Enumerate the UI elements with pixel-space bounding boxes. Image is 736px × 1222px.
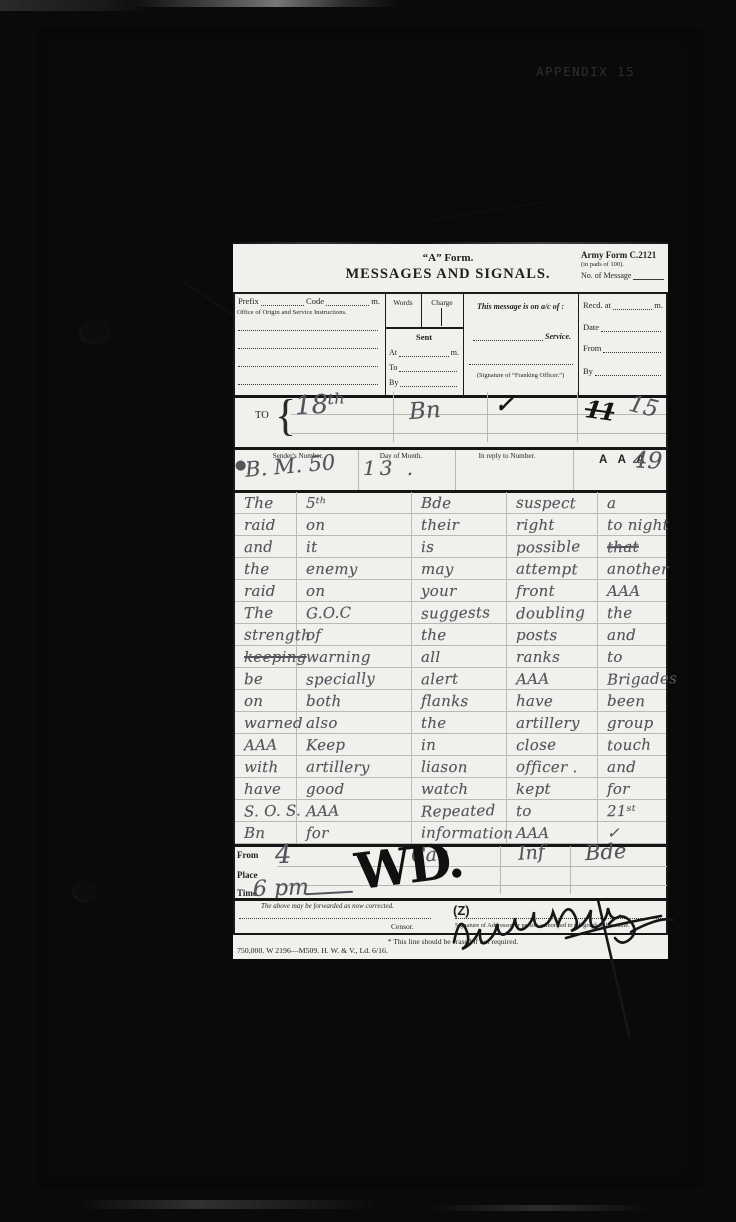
message-cell: attempt bbox=[507, 558, 598, 579]
message-word-handwriting: attempt bbox=[516, 559, 578, 578]
writing-line bbox=[277, 866, 667, 867]
writing-line bbox=[573, 450, 574, 490]
message-word-handwriting: strength bbox=[244, 625, 311, 644]
message-row: bespeciallyalertAAABrigades bbox=[235, 668, 666, 690]
army-form-number: Army Form C.2121 bbox=[581, 250, 671, 260]
forwarded-note: The above may be forwarded as now correc… bbox=[261, 902, 394, 910]
dotted-line bbox=[601, 324, 661, 332]
message-word-handwriting: flanks bbox=[421, 691, 469, 709]
message-row: keepingwarningallranksto bbox=[235, 646, 666, 668]
message-word-handwriting: and bbox=[607, 757, 636, 775]
writing-line bbox=[358, 450, 359, 490]
dotted-line bbox=[613, 302, 652, 310]
message-word-handwriting: in bbox=[421, 735, 436, 753]
message-cell: AAA bbox=[297, 800, 412, 821]
no-of-message: No. of Message bbox=[581, 271, 666, 280]
franking-officer-label: (Signature of “Franking Officer.”) bbox=[464, 372, 577, 379]
message-word-handwriting: watch bbox=[421, 780, 468, 798]
message-row: TheG.O.Csuggestsdoublingthe bbox=[235, 602, 666, 624]
message-cell: to bbox=[507, 800, 598, 821]
from-row-label: From bbox=[237, 850, 258, 860]
paper-sheet: APPENDIX 15 “A” Form. MESSAGES AND SIGNA… bbox=[36, 28, 702, 1188]
form-title: MESSAGES AND SIGNALS. bbox=[318, 266, 578, 283]
message-cell: specially bbox=[297, 668, 412, 689]
message-cell: liason bbox=[412, 756, 507, 777]
message-cell: have bbox=[235, 778, 297, 799]
sent-to-line: To bbox=[389, 363, 459, 372]
message-row: theenemymayattemptanother bbox=[235, 558, 666, 580]
message-word-handwriting: the bbox=[244, 559, 270, 577]
message-word-handwriting: good bbox=[306, 780, 344, 798]
message-word-handwriting: S. O. S. bbox=[244, 801, 302, 820]
message-word-handwriting: and bbox=[244, 537, 273, 556]
message-word-handwriting: is bbox=[421, 537, 434, 555]
message-cell: The bbox=[235, 492, 297, 513]
message-cell: artillery bbox=[297, 756, 412, 777]
from-line: From bbox=[583, 343, 663, 353]
message-word-handwriting: raid bbox=[244, 516, 276, 534]
charge-tick bbox=[441, 308, 442, 326]
message-cell: officer . bbox=[507, 756, 598, 777]
message-cell: raid bbox=[235, 514, 297, 535]
message-cell: possible bbox=[507, 536, 598, 557]
dotted-line bbox=[238, 348, 378, 349]
message-cell: Repeated bbox=[412, 800, 507, 821]
message-word-handwriting: 5ᵗʰ bbox=[306, 493, 327, 511]
message-row: onbothflankshavebeen bbox=[235, 690, 666, 712]
message-cell: 5ᵗʰ bbox=[297, 492, 412, 513]
message-cell: the bbox=[235, 558, 297, 579]
message-row: havegoodwatchkeptfor bbox=[235, 778, 666, 800]
message-word-handwriting: artillery bbox=[516, 714, 580, 732]
message-cell: to bbox=[598, 646, 666, 667]
message-cell: touch bbox=[598, 734, 666, 755]
message-cell: right bbox=[507, 514, 598, 535]
dotted-line bbox=[399, 364, 457, 372]
scan-streak bbox=[78, 1200, 378, 1209]
message-cell: posts bbox=[507, 624, 598, 645]
scan-streak bbox=[430, 1205, 650, 1211]
office-of-origin-label: Office of Origin and Service Instruction… bbox=[237, 309, 383, 316]
message-word-handwriting: Brigades bbox=[607, 669, 677, 688]
message-cell: and bbox=[235, 536, 297, 557]
dotted-line bbox=[400, 379, 457, 387]
by-label: By bbox=[389, 378, 398, 387]
message-cell: also bbox=[297, 712, 412, 733]
writing-line bbox=[487, 392, 488, 442]
message-cell: warned bbox=[235, 712, 297, 733]
message-word-handwriting: be bbox=[244, 669, 263, 687]
message-word-handwriting: warned bbox=[244, 714, 303, 732]
message-word-handwriting: AAA bbox=[516, 669, 550, 688]
punch-hole bbox=[80, 315, 112, 344]
service-line: Service. bbox=[471, 332, 571, 341]
message-cell: ranks bbox=[507, 646, 598, 667]
message-word-handwriting: on bbox=[306, 516, 325, 534]
message-cell: The bbox=[235, 602, 297, 623]
signature-addressor-label: Signature of Addressor or person authori… bbox=[455, 922, 667, 929]
from-bde-handwriting: Bde bbox=[584, 839, 627, 865]
message-word-handwriting: also bbox=[306, 714, 338, 732]
message-cell: a bbox=[598, 492, 666, 513]
message-cell: may bbox=[412, 558, 507, 579]
message-word-handwriting: have bbox=[516, 691, 553, 709]
from-brigade-number-handwriting: 4 bbox=[274, 840, 292, 871]
message-word-handwriting: Bn bbox=[244, 823, 265, 841]
message-cell: another bbox=[598, 558, 666, 579]
message-cell: be bbox=[235, 668, 297, 689]
recd-at-label: Recd. at bbox=[583, 300, 611, 310]
date-line: Date bbox=[583, 322, 663, 332]
message-word-handwriting: it bbox=[306, 537, 318, 555]
checkmark: ✓ bbox=[495, 392, 513, 418]
date-label: Date bbox=[583, 322, 599, 332]
message-cell: strength bbox=[235, 624, 297, 645]
writing-line bbox=[577, 392, 578, 442]
rule bbox=[233, 898, 668, 901]
printer-imprint: 750,000. W 2196—M509. H. W. & V., Ld. 6/… bbox=[237, 946, 388, 955]
message-word-handwriting: to bbox=[516, 801, 532, 819]
message-cell: to night bbox=[598, 514, 666, 535]
from-inf-handwriting: Inf bbox=[517, 841, 545, 865]
message-word-handwriting: liason bbox=[421, 757, 468, 775]
service-label: Service. bbox=[545, 332, 571, 341]
no-of-message-label: No. of Message bbox=[581, 271, 631, 280]
message-cell: watch bbox=[412, 778, 507, 799]
m-label: m. bbox=[451, 348, 459, 357]
message-cell: AAA bbox=[598, 580, 666, 601]
message-word-handwriting: The bbox=[244, 493, 274, 511]
message-word-handwriting: AAA bbox=[306, 801, 340, 820]
message-word-handwriting: ranks bbox=[516, 648, 560, 666]
message-cell: doubling bbox=[507, 602, 598, 623]
message-row: raidontheirrightto night bbox=[235, 514, 666, 536]
message-word-handwriting: all bbox=[421, 648, 440, 666]
message-cell: it bbox=[297, 536, 412, 557]
message-cell: Brigades bbox=[598, 668, 666, 689]
message-word-handwriting: suspect bbox=[516, 493, 576, 512]
message-cell: all bbox=[412, 646, 507, 667]
message-cell: their bbox=[412, 514, 507, 535]
pencil-streak bbox=[456, 217, 606, 232]
message-word-handwriting: both bbox=[306, 691, 342, 709]
table-divider bbox=[578, 294, 579, 395]
message-cell: on bbox=[297, 514, 412, 535]
message-number-handwriting: 49 bbox=[632, 447, 663, 474]
message-cell: on bbox=[297, 580, 412, 601]
writing-line bbox=[393, 392, 394, 442]
message-cell: group bbox=[598, 712, 666, 733]
recd-line: Recd. at m. bbox=[583, 300, 663, 310]
message-cell: 21ˢᵗ bbox=[598, 800, 666, 821]
message-word-handwriting: their bbox=[421, 516, 459, 534]
message-word-handwriting: kept bbox=[516, 780, 551, 798]
message-word-handwriting: been bbox=[607, 691, 645, 709]
message-word-handwriting: of bbox=[306, 625, 321, 643]
message-word-handwriting: raid bbox=[244, 582, 276, 600]
dotted-line bbox=[238, 366, 378, 367]
z-mark: (Z) bbox=[453, 903, 470, 918]
message-cell: AAA bbox=[507, 668, 598, 689]
message-row: AAAKeepinclosetouch bbox=[235, 734, 666, 756]
pencil-streak bbox=[429, 201, 548, 222]
message-cell: Keep bbox=[297, 734, 412, 755]
appendix-label: APPENDIX 15 bbox=[536, 64, 635, 79]
day-of-month-handwriting: 13 . bbox=[363, 456, 417, 480]
message-cell: your bbox=[412, 580, 507, 601]
message-row: warnedalsotheartillerygroup bbox=[235, 712, 666, 734]
message-cell: the bbox=[412, 624, 507, 645]
message-word-handwriting: that bbox=[607, 537, 639, 556]
charge-label: Charge bbox=[421, 298, 463, 307]
dotted-line bbox=[603, 345, 661, 353]
message-word-handwriting: posts bbox=[516, 625, 558, 643]
table-divider bbox=[463, 294, 464, 395]
message-word-handwriting: 21ˢᵗ bbox=[607, 801, 636, 820]
scan-streak bbox=[0, 0, 150, 11]
message-word-handwriting: and bbox=[607, 625, 636, 643]
message-word-handwriting: may bbox=[421, 559, 454, 577]
table-divider bbox=[385, 327, 463, 329]
at-label: At bbox=[389, 348, 397, 357]
writing-line bbox=[455, 450, 456, 490]
message-cell: AAA bbox=[507, 822, 598, 843]
message-cell: alert bbox=[412, 668, 507, 689]
message-row: anditispossiblethat bbox=[235, 536, 666, 558]
message-word-handwriting: have bbox=[244, 780, 281, 798]
dotted-line bbox=[595, 368, 661, 376]
message-row: strengthofthepostsand bbox=[235, 624, 666, 646]
code-label: Code bbox=[306, 296, 324, 306]
sent-label: Sent bbox=[385, 332, 463, 342]
message-cell: front bbox=[507, 580, 598, 601]
message-word-handwriting: on bbox=[244, 691, 263, 709]
message-word-handwriting: with bbox=[244, 757, 279, 775]
to-addressee-handwriting: 18ᵗʰ bbox=[294, 389, 346, 422]
message-cell: warning bbox=[297, 646, 412, 667]
message-cell: is bbox=[412, 536, 507, 557]
message-cell: good bbox=[297, 778, 412, 799]
dotted-line bbox=[238, 330, 378, 331]
message-word-handwriting: on bbox=[306, 582, 325, 600]
message-word-handwriting: enemy bbox=[306, 559, 358, 578]
blank-line bbox=[633, 272, 664, 280]
scan-streak bbox=[128, 0, 398, 7]
message-cell: close bbox=[507, 734, 598, 755]
message-word-handwriting: Repeated bbox=[421, 801, 496, 821]
message-word-handwriting: alert bbox=[421, 669, 459, 688]
in-reply-header: In reply to Number. bbox=[457, 452, 557, 460]
message-word-handwriting: specially bbox=[306, 669, 375, 688]
dotted-line bbox=[473, 333, 543, 341]
message-row: The5ᵗʰBdesuspecta bbox=[235, 492, 666, 514]
message-cell: and bbox=[598, 624, 666, 645]
message-word-handwriting: AAA bbox=[607, 582, 640, 600]
message-word-handwriting: to night bbox=[607, 516, 669, 534]
message-cell: on bbox=[235, 690, 297, 711]
message-cell: raid bbox=[235, 580, 297, 601]
words-label: Words bbox=[385, 298, 421, 307]
rule bbox=[233, 933, 668, 935]
message-cell: both bbox=[297, 690, 412, 711]
by-line: By bbox=[583, 366, 663, 376]
message-cell: for bbox=[598, 778, 666, 799]
message-cell: keeping bbox=[235, 646, 297, 667]
message-word-handwriting: touch bbox=[607, 735, 652, 754]
dotted-line bbox=[239, 918, 431, 919]
dotted-line bbox=[238, 384, 378, 385]
message-cell: kept bbox=[507, 778, 598, 799]
dotted-line bbox=[399, 349, 449, 357]
message-word-handwriting: suggests bbox=[421, 603, 491, 622]
dotted-line bbox=[455, 918, 665, 919]
writing-line bbox=[277, 885, 667, 886]
message-cell: S. O. S. bbox=[235, 800, 297, 821]
rule bbox=[233, 447, 668, 450]
message-row: raidonyourfrontAAA bbox=[235, 580, 666, 602]
by-label: By bbox=[583, 366, 593, 376]
message-cell: been bbox=[598, 690, 666, 711]
pads-note: (in pads of 100). bbox=[581, 261, 671, 268]
table-divider bbox=[385, 294, 386, 395]
message-word-handwriting: Bde bbox=[421, 493, 452, 511]
scanned-page: APPENDIX 15 “A” Form. MESSAGES AND SIGNA… bbox=[0, 0, 736, 1222]
message-word-handwriting: to bbox=[607, 648, 623, 666]
writing-line bbox=[570, 846, 571, 894]
form-subtitle: “A” Form. bbox=[343, 252, 553, 264]
sent-at-line: At m. bbox=[389, 348, 459, 357]
message-cell: artillery bbox=[507, 712, 598, 733]
from-label: From bbox=[583, 343, 601, 353]
message-word-handwriting: AAA bbox=[244, 735, 278, 754]
message-word-handwriting: front bbox=[516, 582, 555, 600]
prefix-line: Prefix Code m. bbox=[238, 296, 380, 306]
message-word-handwriting: G.O.C bbox=[306, 603, 352, 622]
to-label: To bbox=[389, 363, 397, 372]
message-word-handwriting: doubling bbox=[516, 603, 586, 622]
message-cell: flanks bbox=[412, 690, 507, 711]
message-word-handwriting: group bbox=[607, 714, 654, 732]
message-word-handwriting: artillery bbox=[306, 757, 370, 776]
message-word-handwriting: AAA bbox=[516, 823, 550, 841]
punch-hole bbox=[73, 878, 99, 901]
message-word-handwriting: a bbox=[607, 493, 616, 511]
message-word-handwriting: right bbox=[516, 516, 555, 534]
message-word-handwriting: close bbox=[516, 735, 557, 754]
message-word-handwriting: Keep bbox=[306, 735, 346, 754]
message-cell: the bbox=[598, 602, 666, 623]
message-word-handwriting: warning bbox=[306, 648, 371, 666]
message-cell: the bbox=[412, 712, 507, 733]
message-cell: G.O.C bbox=[297, 602, 412, 623]
message-word-handwriting: your bbox=[421, 582, 457, 600]
dotted-line bbox=[261, 298, 304, 306]
message-cell: AAA bbox=[235, 734, 297, 755]
rule bbox=[233, 292, 668, 294]
to-row-label: TO bbox=[255, 410, 269, 421]
writing-line bbox=[291, 433, 666, 434]
sent-by-line: By bbox=[389, 378, 459, 387]
message-row: withartilleryliasonofficer .and bbox=[235, 756, 666, 778]
dotted-line bbox=[469, 364, 573, 365]
message-word-handwriting: the bbox=[421, 625, 447, 643]
censor-label: Censor. bbox=[391, 922, 414, 931]
struck-number-handwriting: 11 bbox=[583, 394, 616, 427]
message-word-handwriting: officer . bbox=[516, 757, 578, 776]
prefix-label: Prefix bbox=[238, 296, 259, 306]
message-row: S. O. S.AAARepeatedto21ˢᵗ bbox=[235, 800, 666, 822]
message-word-handwriting: The bbox=[244, 603, 274, 622]
form-top-edge bbox=[233, 242, 668, 244]
message-word-handwriting: another bbox=[607, 559, 669, 578]
message-cell: and bbox=[598, 756, 666, 777]
army-message-form: “A” Form. MESSAGES AND SIGNALS. Army For… bbox=[233, 242, 668, 959]
message-cell: enemy bbox=[297, 558, 412, 579]
m-label: m. bbox=[371, 296, 380, 306]
dotted-line bbox=[326, 298, 369, 306]
message-cell: with bbox=[235, 756, 297, 777]
m-label: m. bbox=[654, 300, 663, 310]
message-cell: suspect bbox=[507, 492, 598, 513]
message-cell: have bbox=[507, 690, 598, 711]
message-grid: The5ᵗʰBdesuspectaraidontheirrightto nigh… bbox=[235, 492, 666, 844]
message-word-handwriting: the bbox=[607, 603, 633, 622]
message-cell: suggests bbox=[412, 602, 507, 623]
on-account-label: This message is on a/c of : bbox=[465, 302, 576, 311]
message-cell: Bde bbox=[412, 492, 507, 513]
to-unit-handwriting: Bn bbox=[408, 397, 441, 425]
message-cell: in bbox=[412, 734, 507, 755]
message-cell: that bbox=[598, 536, 666, 557]
message-word-handwriting: the bbox=[421, 714, 446, 732]
message-word-handwriting: for bbox=[607, 780, 630, 798]
message-word-handwriting: possible bbox=[516, 537, 581, 556]
message-word-handwriting: for bbox=[306, 823, 329, 841]
message-cell: of bbox=[297, 624, 412, 645]
writing-line bbox=[500, 846, 501, 894]
erase-note: * This line should be erased if not requ… bbox=[343, 937, 563, 946]
